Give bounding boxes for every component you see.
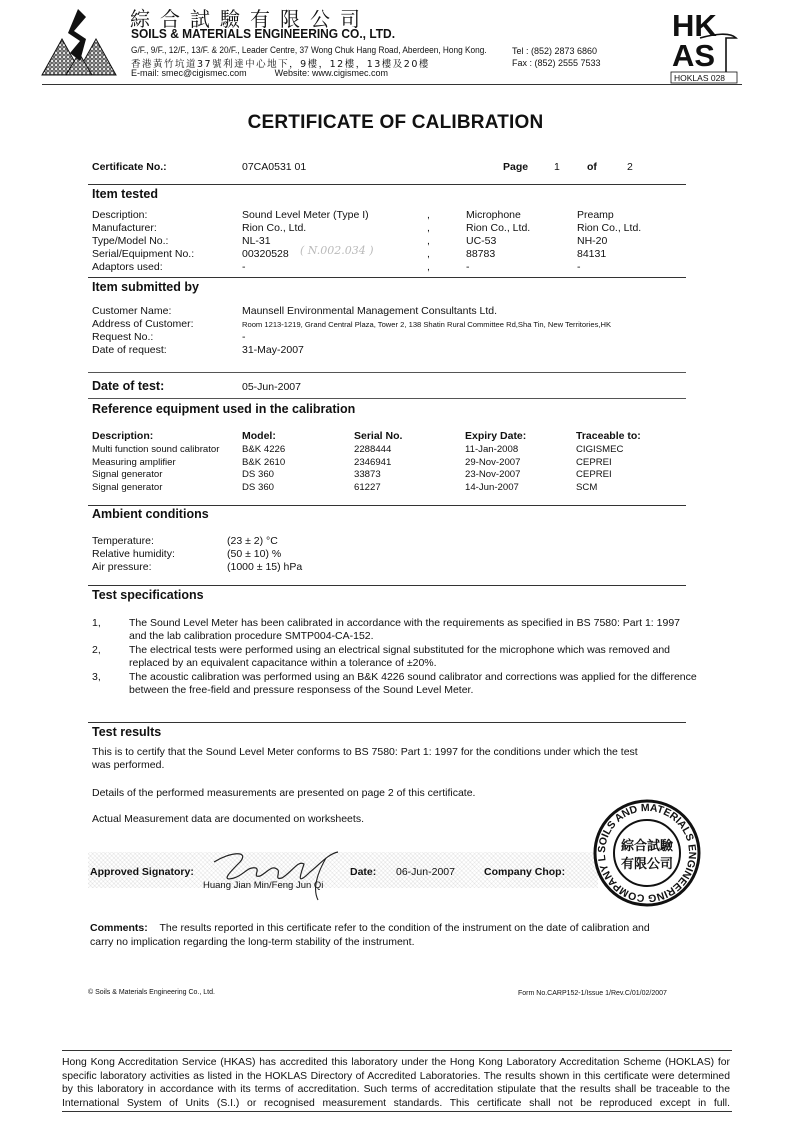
field-label: Relative humidity: xyxy=(92,548,175,560)
field-value: 31-May-2007 xyxy=(242,344,304,356)
comments-text: The results reported in this certificate… xyxy=(159,922,649,934)
field-value: (1000 ± 15) hPa xyxy=(227,561,302,573)
field-value: (23 ± 2) °C xyxy=(227,535,278,547)
sound-level-meter-value: - xyxy=(242,261,246,273)
table-cell: CEPREI xyxy=(576,457,612,468)
sound-level-meter-value: NL-31 xyxy=(242,235,271,247)
microphone-value: - xyxy=(466,261,470,273)
hkas-text-bottom: AS xyxy=(672,38,715,73)
column-header: Traceable to: xyxy=(576,430,641,442)
table-cell: DS 360 xyxy=(242,469,274,480)
company-logo-icon xyxy=(40,5,118,77)
company-name-english: SOILS & MATERIALS ENGINEERING CO., LTD. xyxy=(131,26,395,41)
comments-text: carry no implication regarding the long-… xyxy=(90,935,710,949)
field-label: Air pressure: xyxy=(92,561,152,573)
table-cell: Multi function sound calibrator xyxy=(92,444,219,455)
spec-text: The acoustic calibration was performed u… xyxy=(129,671,697,683)
footer-bottom-divider xyxy=(62,1111,732,1112)
stamp-inner-line1: 綜合試驗 xyxy=(620,838,674,854)
test-results-line: This is to certify that the Sound Level … xyxy=(92,746,638,759)
table-cell: Signal generator xyxy=(92,469,162,480)
footer-top-divider xyxy=(62,1050,732,1051)
field-label: Date of request: xyxy=(92,344,167,356)
table-cell: SCM xyxy=(576,482,597,493)
table-cell: Measuring amplifier xyxy=(92,457,176,468)
field-label: Temperature: xyxy=(92,535,154,547)
microphone-value: Rion Co., Ltd. xyxy=(466,222,530,234)
of-label: of xyxy=(587,161,597,173)
signature-icon xyxy=(200,842,350,902)
section-divider xyxy=(88,585,686,586)
item-submitted-heading: Item submitted by xyxy=(92,280,199,294)
test-results-heading: Test results xyxy=(92,725,161,739)
total-pages: 2 xyxy=(627,161,633,173)
table-cell: 23-Nov-2007 xyxy=(465,469,520,480)
accreditation-statement: Hong Kong Accreditation Service (HKAS) h… xyxy=(62,1056,730,1110)
page-label: Page xyxy=(503,161,528,173)
form-number: Form No.CARP152-1/Issue 1/Rev.C/01/02/20… xyxy=(518,990,667,997)
comments-block: Comments: The results reported in this c… xyxy=(90,921,710,949)
sound-level-meter-value: 00320528 xyxy=(242,248,289,260)
column-header: Expiry Date: xyxy=(465,430,526,442)
accreditation-line: by this laboratory in accordance with it… xyxy=(62,1083,730,1097)
field-label: Customer Name: xyxy=(92,305,171,317)
field-label: Description: xyxy=(92,209,147,221)
field-label: Adaptors used: xyxy=(92,261,163,273)
preamp-value: Rion Co., Ltd. xyxy=(577,222,641,234)
approval-date: 06-Jun-2007 xyxy=(396,866,455,878)
company-chop-label: Company Chop: xyxy=(484,866,565,878)
header-divider xyxy=(42,84,742,85)
spec-number: 2, xyxy=(92,644,101,656)
test-results-statement: This is to certify that the Sound Level … xyxy=(92,746,638,772)
table-cell: 2346941 xyxy=(354,457,391,468)
section-divider xyxy=(88,398,686,399)
table-cell: 29-Nov-2007 xyxy=(465,457,520,468)
table-cell: 11-Jan-2008 xyxy=(465,444,518,455)
certificate-no-label: Certificate No.: xyxy=(92,161,167,173)
handwritten-note: ( N.002.034 ) xyxy=(300,244,373,257)
microphone-value: 88783 xyxy=(466,248,495,260)
column-header: Serial No. xyxy=(354,430,402,442)
test-results-worksheets: Actual Measurement data are documented o… xyxy=(92,813,364,825)
preamp-value: 84131 xyxy=(577,248,606,260)
field-label: Address of Customer: xyxy=(92,318,194,330)
contact-line: E-mail: smec@cigismec.comWebsite: www.ci… xyxy=(131,68,388,78)
field-label: Request No.: xyxy=(92,331,153,343)
section-divider xyxy=(88,505,686,506)
table-cell: B&K 2610 xyxy=(242,457,285,468)
microphone-value: Microphone xyxy=(466,209,521,221)
separator: , xyxy=(427,261,430,273)
table-cell: 14-Jun-2007 xyxy=(465,482,519,493)
date-label: Date: xyxy=(350,866,376,878)
spec-text: The Sound Level Meter has been calibrate… xyxy=(129,617,680,629)
spec-number: 1, xyxy=(92,617,101,629)
sound-level-meter-value: Rion Co., Ltd. xyxy=(242,222,306,234)
field-value: Maunsell Environmental Management Consul… xyxy=(242,305,497,317)
section-divider xyxy=(88,184,686,185)
field-label: Manufacturer: xyxy=(92,222,157,234)
date-of-test-label: Date of test: xyxy=(92,379,164,393)
spec-text: between the free-field and pressure resp… xyxy=(129,684,473,696)
section-divider xyxy=(88,372,686,373)
field-value: - xyxy=(242,331,246,343)
page-number: 1 xyxy=(554,161,560,173)
certificate-no-value: 07CA0531 01 xyxy=(242,161,306,173)
test-specifications-heading: Test specifications xyxy=(92,588,204,602)
company-stamp-icon: SOILS AND MATERIALS ENGINEERING COMPANY … xyxy=(592,798,702,908)
section-divider xyxy=(88,277,686,278)
field-value: Room 1213-1219, Grand Central Plaza, Tow… xyxy=(242,320,611,329)
spec-text: replaced by an equivalent capacitance wi… xyxy=(129,657,437,669)
field-label: Serial/Equipment No.: xyxy=(92,248,194,260)
table-cell: DS 360 xyxy=(242,482,274,493)
company-address: G/F., 9/F., 12/F., 13/F. & 20/F., Leader… xyxy=(131,45,487,55)
copyright-notice: © Soils & Materials Engineering Co., Ltd… xyxy=(88,989,215,996)
preamp-value: - xyxy=(577,261,581,273)
separator: , xyxy=(427,209,430,221)
spec-text: and the lab calibration procedure SMTP00… xyxy=(129,630,374,642)
accreditation-line: Hong Kong Accreditation Service (HKAS) h… xyxy=(62,1056,730,1070)
test-results-details: Details of the performed measurements ar… xyxy=(92,787,475,799)
hkas-logo-icon: HK AS HOKLAS 028 xyxy=(670,8,740,86)
signatory-names: Huang Jian Min/Feng Jun Qi xyxy=(203,880,323,891)
spec-text: The electrical tests were performed usin… xyxy=(129,644,670,656)
table-cell: CEPREI xyxy=(576,469,612,480)
stamp-inner-line2: 有限公司 xyxy=(621,856,673,872)
website-link[interactable]: Website: www.cigismec.com xyxy=(275,68,388,78)
reference-equipment-heading: Reference equipment used in the calibrat… xyxy=(92,402,355,416)
table-cell: 61227 xyxy=(354,482,381,493)
table-cell: 33873 xyxy=(354,469,381,480)
section-divider xyxy=(88,722,686,723)
separator: , xyxy=(427,222,430,234)
separator: , xyxy=(427,248,430,260)
item-tested-heading: Item tested xyxy=(92,187,158,201)
field-label: Type/Model No.: xyxy=(92,235,168,247)
preamp-value: Preamp xyxy=(577,209,614,221)
accreditation-line: International System of Units (S.I.) or … xyxy=(62,1097,730,1111)
table-cell: CIGISMEC xyxy=(576,444,623,455)
telephone: Tel : (852) 2873 6860 xyxy=(512,45,601,57)
accreditation-line: specific laboratory activities as listed… xyxy=(62,1070,730,1084)
hoklas-caption: HOKLAS 028 xyxy=(674,73,725,83)
comments-label: Comments: xyxy=(90,922,148,934)
microphone-value: UC-53 xyxy=(466,235,496,247)
document-title: CERTIFICATE OF CALIBRATION xyxy=(0,112,791,134)
table-cell: Signal generator xyxy=(92,482,162,493)
fax: Fax : (852) 2555 7533 xyxy=(512,57,601,69)
sound-level-meter-value: Sound Level Meter (Type I) xyxy=(242,209,369,221)
test-results-line: was performed. xyxy=(92,759,638,772)
field-value: (50 ± 10) % xyxy=(227,548,281,560)
column-header: Description: xyxy=(92,430,153,442)
approved-signatory-label: Approved Signatory: xyxy=(90,866,194,878)
ambient-conditions-heading: Ambient conditions xyxy=(92,507,209,521)
preamp-value: NH-20 xyxy=(577,235,607,247)
table-cell: 2288444 xyxy=(354,444,391,455)
table-cell: B&K 4226 xyxy=(242,444,285,455)
column-header: Model: xyxy=(242,430,276,442)
spec-number: 3, xyxy=(92,671,101,683)
separator: , xyxy=(427,235,430,247)
date-of-test-value: 05-Jun-2007 xyxy=(242,381,301,393)
email-link[interactable]: E-mail: smec@cigismec.com xyxy=(131,68,247,78)
phone-fax-block: Tel : (852) 2873 6860 Fax : (852) 2555 7… xyxy=(512,45,601,69)
